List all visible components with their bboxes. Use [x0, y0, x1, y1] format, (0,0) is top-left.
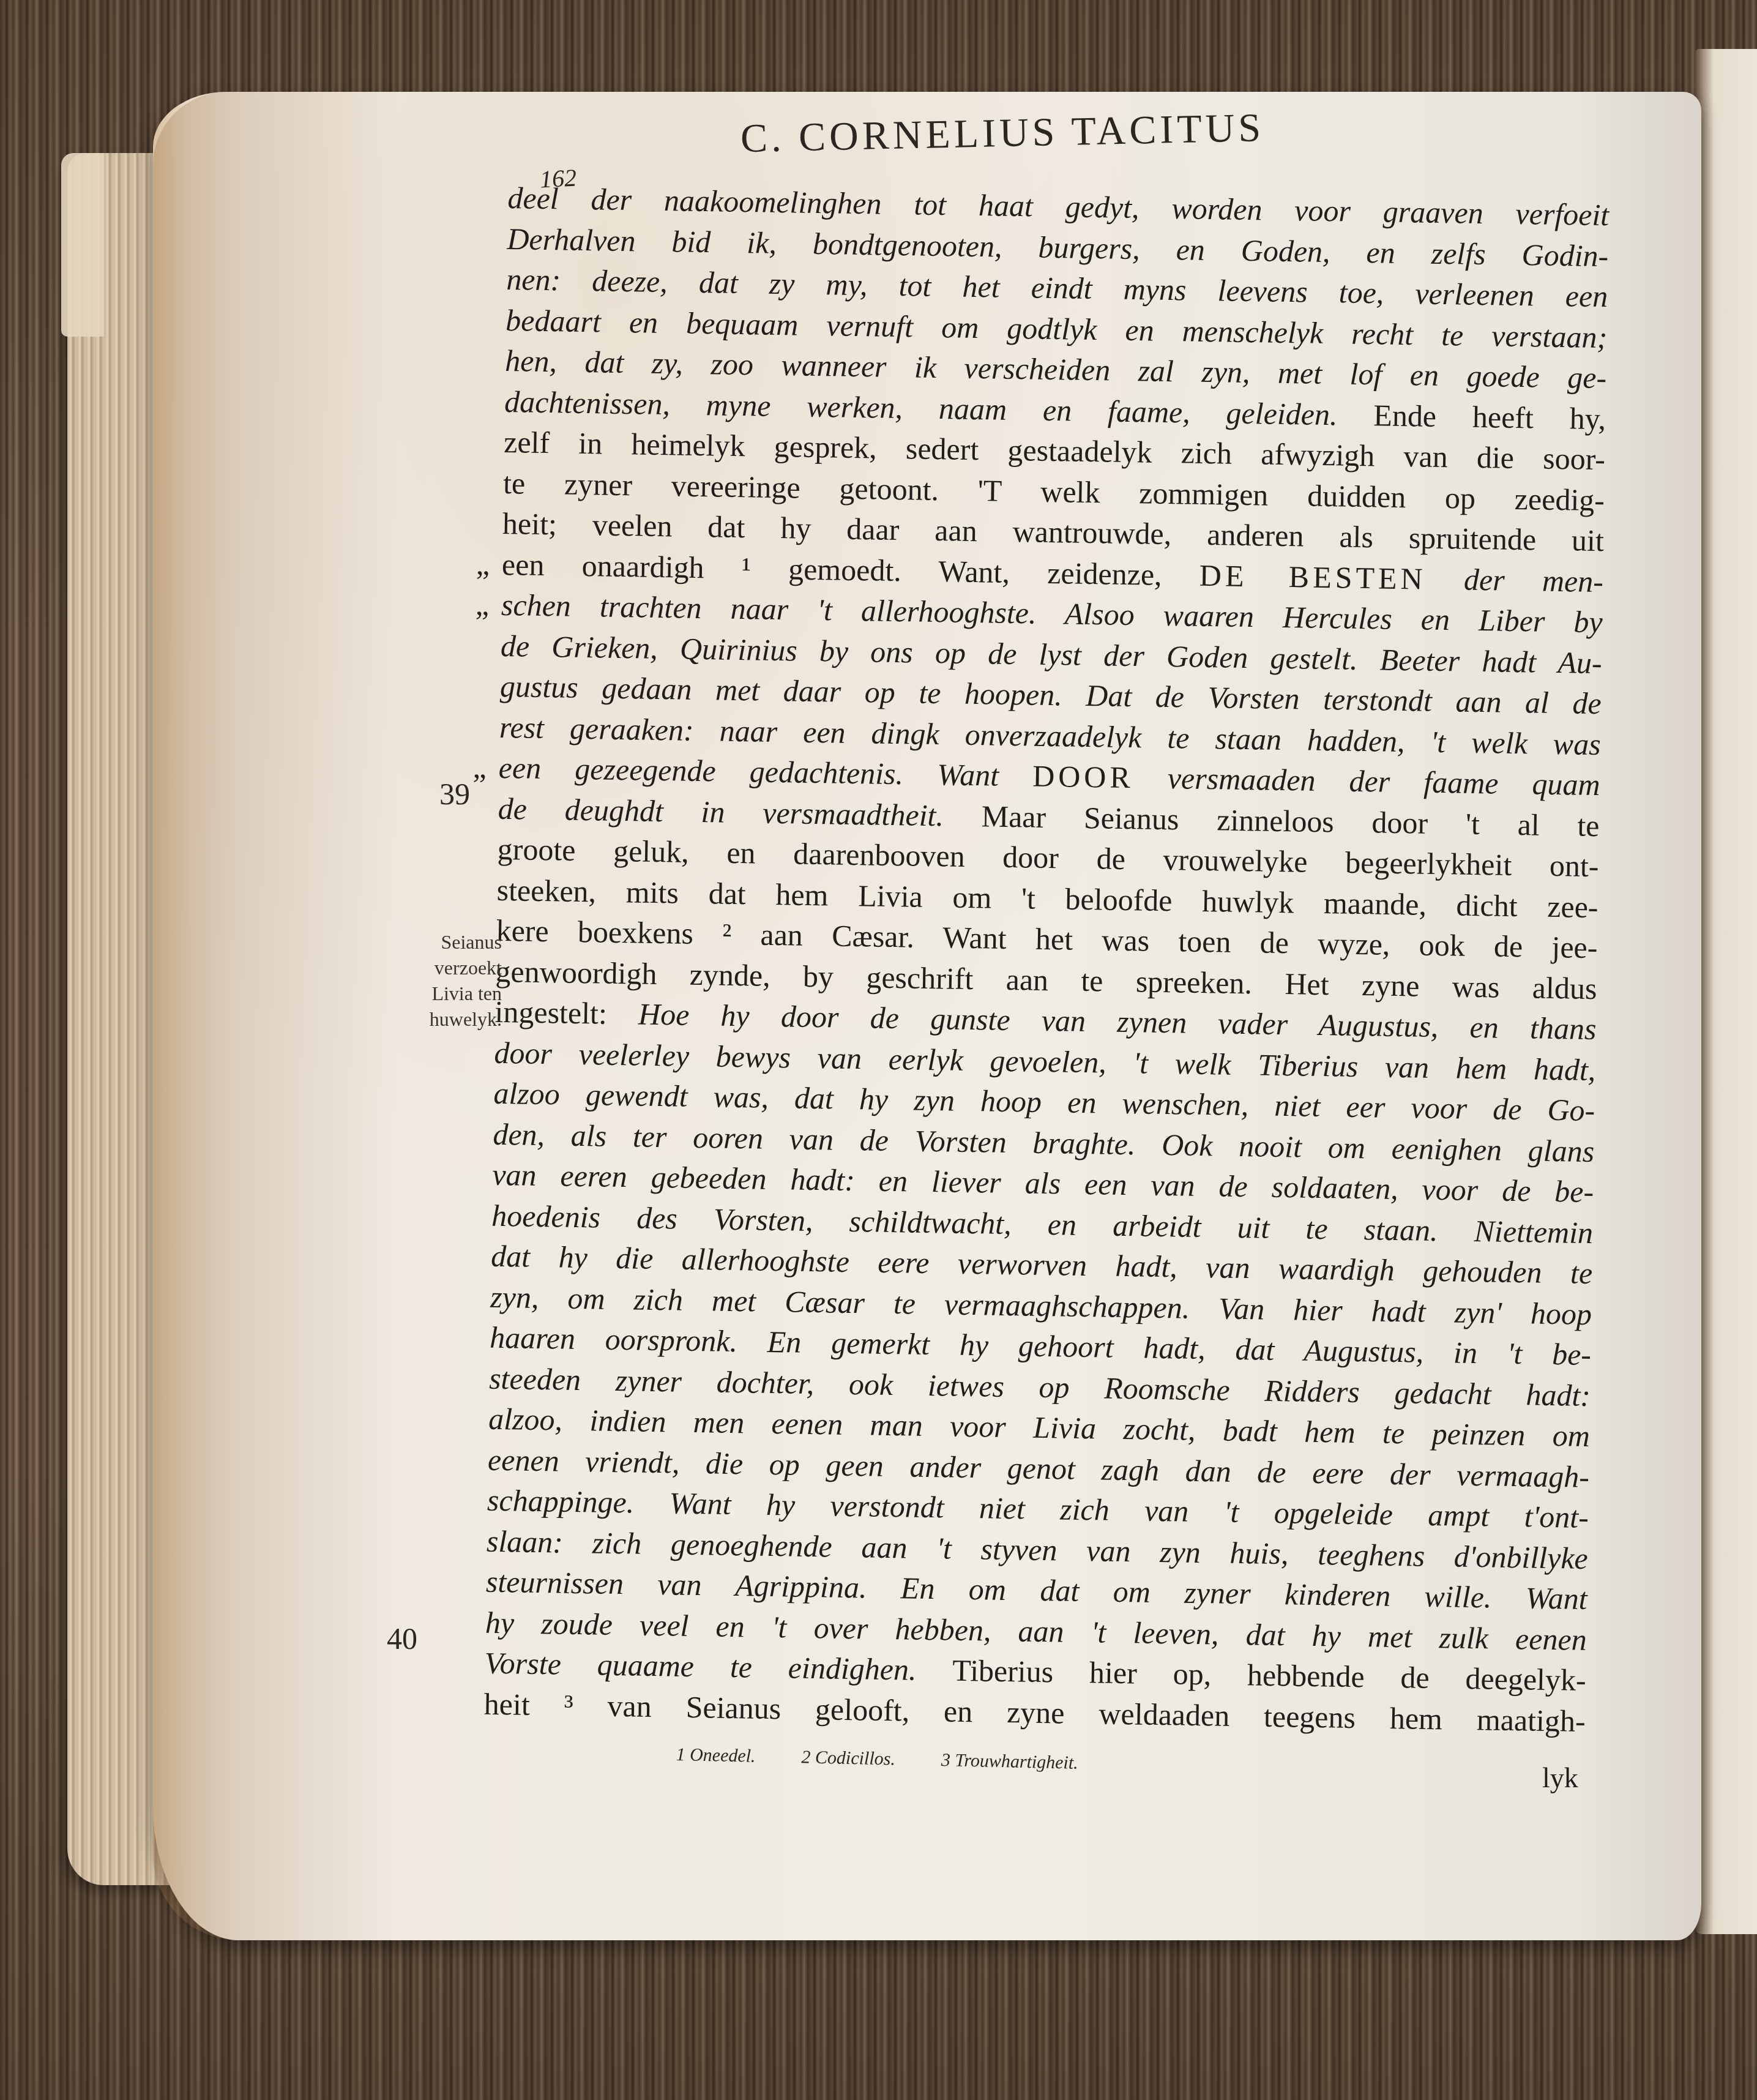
text-segment: de deughdt in versmaadtheit. [498, 791, 982, 832]
margin-note-line: Livia ten [379, 981, 502, 1006]
text-segment: Maar Seianus zinneloos door 't al te [981, 799, 1600, 843]
text-segment: Tiberius hier op, hebbende de deegelyk- [952, 1653, 1586, 1697]
quotation-mark: „ [472, 747, 487, 788]
quotation-mark: „ [476, 584, 490, 625]
facing-page-edge [1695, 49, 1757, 1934]
footnote: 2 Codicillos. [801, 1747, 895, 1769]
section-number: 39 [439, 776, 470, 812]
quotation-mark: „ [476, 544, 490, 585]
catchword: lyk [1542, 1762, 1578, 1794]
margin-note-line: verzoekt [379, 955, 502, 981]
text-segment: een gezeegende gedachtenis. Want [498, 750, 1032, 793]
margin-note-line: huwelyk. [379, 1006, 502, 1032]
body-text: deel der naakoomelinghen tot haat gedyt,… [483, 177, 1609, 1741]
footnote: 3 Trouwhartigheit. [941, 1750, 1079, 1773]
text-segment: versmaaden der faame quam [1133, 760, 1600, 802]
text-segment: der men- [1426, 561, 1603, 599]
text-segment: Vorste quaame te eindighen. [484, 1646, 952, 1687]
torn-page-fragment [61, 153, 104, 337]
text-segment: DOOR [1032, 759, 1135, 795]
text-segment: DE BESTEN [1199, 558, 1427, 596]
margin-note-line: Seianus [379, 929, 502, 955]
footnote: 1 Oneedel. [676, 1744, 756, 1766]
section-number: 40 [387, 1621, 417, 1656]
text-segment: Ende heeft hy, [1373, 398, 1606, 436]
text-segment: ingestelt: [494, 995, 638, 1031]
text-segment: een onaardigh ¹ gemoedt. Want, zeidenze, [502, 547, 1200, 592]
margin-note: SeianusverzoektLivia tenhuwelyk. [379, 929, 502, 1032]
